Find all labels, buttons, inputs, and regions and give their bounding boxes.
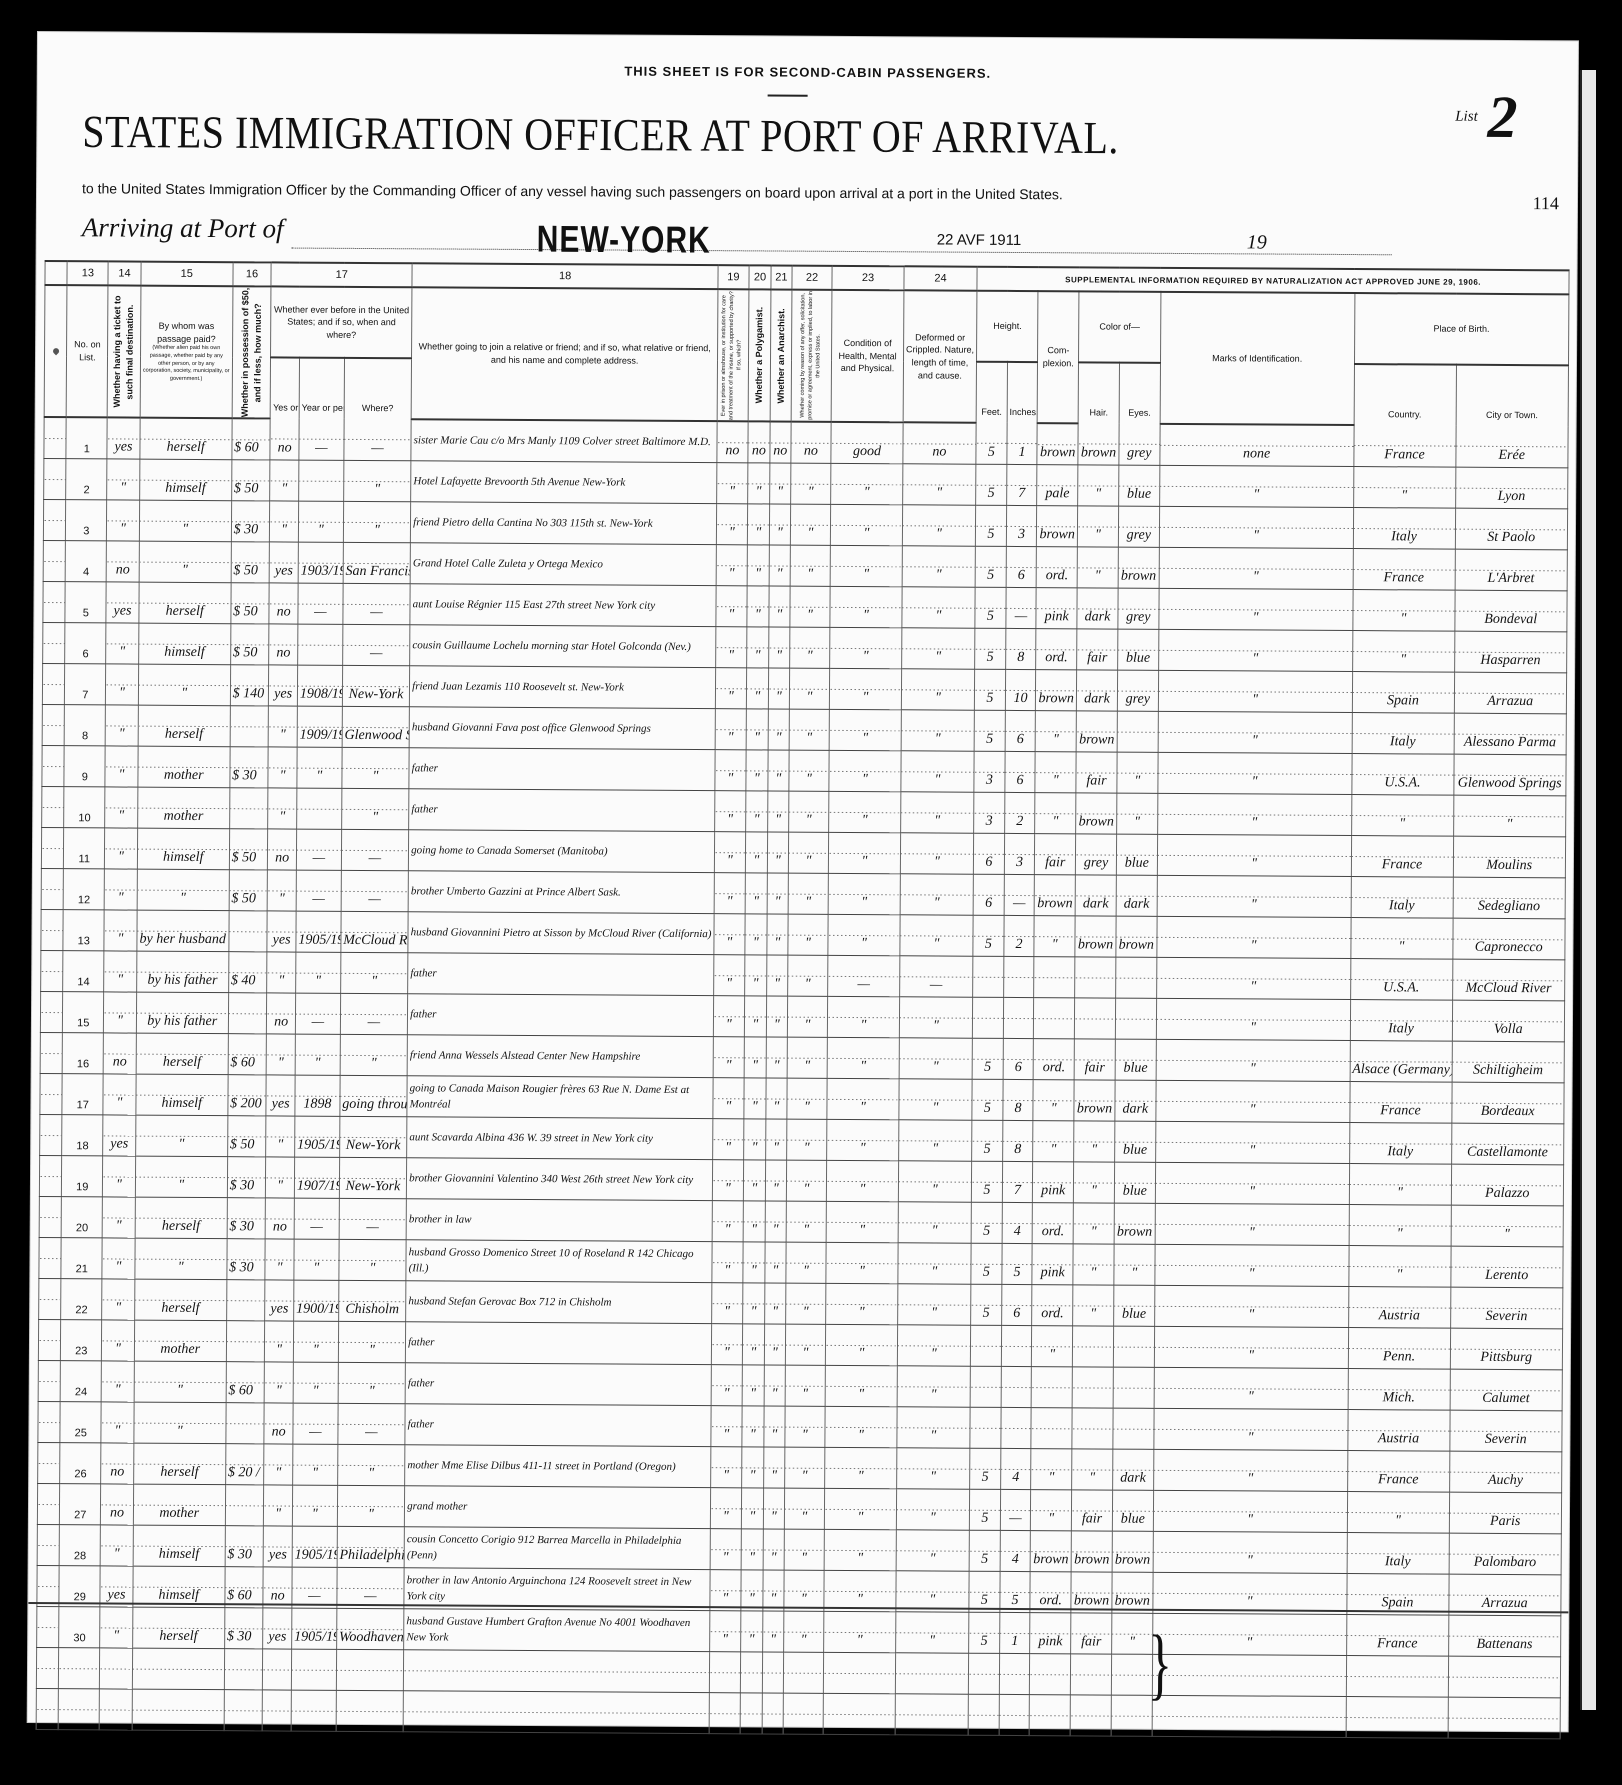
eye-color-cell: grey: [1118, 506, 1159, 547]
previously-in-us-cell: ": [269, 706, 298, 747]
height-feet-cell: 5: [971, 1284, 1002, 1325]
prison-cell: ": [714, 914, 745, 955]
hair-color-cell: fair: [1076, 752, 1117, 793]
contract-labor-cell: ": [788, 750, 829, 791]
hair-color-cell: grey: [1076, 834, 1117, 875]
complexion-cell: ": [1034, 916, 1075, 957]
birth-country-cell: Penn.: [1348, 1328, 1450, 1370]
header-polygamist-text: Whether a Polygamist.: [753, 290, 766, 420]
height-inches-cell: 6: [1003, 1038, 1034, 1079]
previously-in-us-cell: ": [264, 1444, 293, 1485]
prison-cell: ": [714, 955, 745, 996]
height-feet-cell: 5: [969, 1530, 1000, 1571]
prison-cell: ": [710, 1570, 741, 1611]
complexion-cell: brown: [1036, 670, 1077, 711]
height-inches-cell: 1: [1007, 423, 1038, 465]
identification-marks-cell: ": [1158, 752, 1352, 794]
col-number-22: 22: [792, 266, 833, 290]
previously-in-us-cell: ": [267, 952, 296, 993]
ticket-cell: no: [106, 541, 139, 582]
height-inches-cell: —: [1004, 874, 1035, 915]
polygamist-cell: no: [748, 421, 771, 463]
height-feet-cell: 5: [972, 1038, 1003, 1079]
paid-by-cell: himself: [136, 1074, 228, 1116]
birth-country-cell: Spain: [1352, 672, 1454, 714]
punch-hole-icon: [52, 347, 60, 355]
years-cell: ": [298, 501, 343, 542]
birth-country-cell: France: [1353, 425, 1455, 467]
col-number-23: 23: [832, 266, 904, 290]
contract-labor-cell: ": [790, 504, 831, 545]
hair-color-cell: brown: [1076, 793, 1117, 834]
col-number-21: 21: [771, 265, 792, 289]
relative-address-cell: sister Marie Cau c/o Mrs Manly 1109 Colv…: [411, 419, 717, 462]
manifest-rows: 1 yes herself $ 60 no — — sister Marie C…: [36, 417, 1568, 1739]
complexion-cell: ": [1035, 793, 1076, 834]
birth-country-cell: ": [1352, 590, 1454, 632]
previously-in-us-cell: yes: [266, 1075, 295, 1116]
eye-color-cell: brown: [1112, 1531, 1153, 1572]
col-number-16: 16: [233, 262, 272, 286]
where-cell: —: [343, 583, 411, 624]
relative-address-cell: brother Giovannini Valentino 340 West 26…: [407, 1158, 713, 1201]
hair-color-cell: ": [1074, 1121, 1115, 1162]
paid-by-cell: ": [135, 1156, 227, 1198]
where-cell: —: [340, 993, 408, 1034]
money-cell: $ 20 / 20 fr: [225, 1444, 264, 1485]
polygamist-cell: ": [742, 1283, 765, 1324]
birth-city-cell: Bordeaux: [1451, 1082, 1564, 1124]
birth-city-cell: Capronecco: [1452, 918, 1565, 960]
birth-city-cell: Severin: [1449, 1410, 1562, 1452]
height-inches-cell: 8: [1003, 1079, 1034, 1120]
money-cell: [229, 788, 268, 829]
height-feet-cell: 5: [976, 423, 1007, 465]
eye-color-cell: dark: [1113, 1449, 1154, 1490]
row-number: 11: [64, 828, 105, 869]
row-number: 20: [62, 1197, 103, 1238]
hair-color-cell: ": [1073, 1285, 1114, 1326]
header-prison: Ever in prison or almshouse, or institut…: [717, 289, 748, 421]
money-cell: $ 50: [231, 542, 270, 583]
ticket-cell: ": [103, 1074, 136, 1115]
polygamist-cell: ": [745, 791, 768, 832]
height-inches-cell: 8: [1005, 628, 1036, 669]
where-cell: ": [337, 1485, 405, 1526]
years-cell: 1898: [295, 1075, 340, 1116]
prison-cell: ": [715, 791, 746, 832]
deformed-cell: ": [900, 792, 974, 833]
complexion-cell: ": [1033, 1121, 1074, 1162]
money-cell: [226, 1280, 265, 1321]
birth-city-cell: Moulins: [1453, 836, 1566, 878]
height-feet-cell: [970, 1407, 1001, 1448]
header-previous-us: Whether ever before in the United States…: [271, 286, 412, 358]
deformed-cell: —: [899, 956, 973, 997]
years-cell: 1905/1907: [296, 911, 341, 952]
hair-color-cell: dark: [1075, 875, 1116, 916]
col-number-19: 19: [718, 265, 749, 289]
previously-in-us-cell: yes: [265, 1280, 294, 1321]
birth-city-cell: Lyon: [1455, 467, 1568, 509]
money-cell: $ 50: [229, 870, 268, 911]
complexion-cell: pink: [1033, 1162, 1074, 1203]
eye-color-cell: [1113, 1408, 1154, 1449]
deformed-cell: ": [896, 1571, 970, 1612]
polygamist-cell: ": [742, 1324, 765, 1365]
height-feet-cell: 5: [974, 710, 1005, 751]
height-feet-cell: 5: [972, 1120, 1003, 1161]
years-cell: ": [295, 1034, 340, 1075]
eye-color-cell: blue: [1115, 1039, 1156, 1080]
paid-by-cell: herself: [134, 1279, 226, 1321]
health-cell: ": [825, 1488, 897, 1529]
height-inches-cell: 6: [1006, 546, 1037, 587]
polygamist-cell: ": [744, 1037, 767, 1078]
page-title: STATES IMMIGRATION OFFICER AT PORT OF AR…: [82, 104, 1119, 164]
identification-marks-cell: ": [1159, 506, 1353, 548]
complexion-cell: ord.: [1036, 547, 1077, 588]
binding-hole: [38, 1320, 61, 1361]
where-cell: ": [340, 1034, 408, 1075]
deformed-cell: ": [897, 1325, 971, 1366]
supplemental-heading: SUPPLEMENTAL INFORMATION REQUIRED BY NAT…: [977, 267, 1569, 295]
deformed-cell: ": [898, 1202, 972, 1243]
where-cell: going through: [340, 1075, 408, 1116]
eye-color-cell: blue: [1115, 1121, 1156, 1162]
contract-labor-cell: ": [789, 627, 830, 668]
paid-by-cell: mother: [138, 746, 230, 788]
paid-by-cell: ": [139, 541, 231, 583]
health-cell: ": [831, 504, 903, 545]
row-number: 16: [63, 1033, 104, 1074]
birth-country-cell: Mich.: [1348, 1369, 1450, 1411]
port-name-stamp: NEW-YORK: [537, 219, 711, 263]
prison-cell: ": [716, 627, 747, 668]
identification-marks-cell: ": [1159, 465, 1353, 507]
header-contract-labor-text: Whether coming by reason of any offer, s…: [800, 291, 824, 421]
relative-address-cell: husband Stefan Gerovac Box 712 in Chisho…: [406, 1281, 712, 1324]
prison-cell: ": [717, 504, 748, 545]
relative-address-cell: friend Juan Lezamis 110 Roosevelt st. Ne…: [410, 666, 716, 709]
complexion-cell: fair: [1035, 834, 1076, 875]
birth-city-cell: Hasparren: [1454, 631, 1567, 673]
birth-country-cell: France: [1351, 836, 1453, 878]
height-inches-cell: 7: [1002, 1161, 1033, 1202]
health-cell: ": [826, 1201, 898, 1242]
birth-country-cell: Italy: [1349, 1123, 1451, 1165]
height-feet-cell: 5: [975, 669, 1006, 710]
polygamist-cell: ": [746, 627, 769, 668]
previously-in-us-cell: no: [269, 624, 298, 665]
height-feet-cell: [971, 1325, 1002, 1366]
relative-address-cell: father: [406, 1322, 712, 1365]
money-cell: $ 60: [228, 1034, 267, 1075]
relative-address-cell: friend Anna Wessels Alstead Center New H…: [407, 1035, 713, 1078]
manifest-sheet: THIS SHEET IS FOR SECOND-CABIN PASSENGER…: [28, 32, 1578, 1731]
height-feet-cell: 5: [975, 628, 1006, 669]
ticket-cell: ": [107, 500, 140, 541]
relative-address-cell: father: [408, 994, 714, 1037]
height-inches-cell: [1003, 997, 1034, 1038]
identification-marks-cell: ": [1154, 1408, 1348, 1450]
row-number: 5: [65, 582, 106, 623]
relative-address-cell: grand mother: [405, 1486, 711, 1529]
birth-city-cell: Volla: [1452, 1000, 1565, 1042]
height-inches-cell: 2: [1004, 915, 1035, 956]
header-feet: Feet.: [976, 362, 1007, 423]
eye-color-cell: grey: [1118, 588, 1159, 629]
polygamist-cell: ": [744, 1078, 767, 1119]
relative-address-cell: going home to Canada Somerset (Manitoba): [409, 830, 715, 873]
ticket-cell: ": [102, 1197, 135, 1238]
hair-color-cell: brown: [1074, 1080, 1115, 1121]
binding-hole: [45, 261, 68, 285]
health-cell: ": [829, 832, 901, 873]
money-cell: $ 50: [231, 583, 270, 624]
page-edge: [1580, 70, 1596, 1710]
relative-address-cell: going to Canada Maison Rougier frères 63…: [407, 1076, 713, 1119]
list-number: 2: [1487, 84, 1517, 150]
birth-city-cell: Palombaro: [1449, 1533, 1562, 1575]
anarchist-cell: ": [765, 1201, 786, 1242]
polygamist-cell: ": [744, 955, 767, 996]
binding-hole: [44, 459, 67, 500]
money-cell: [230, 706, 269, 747]
contract-labor-cell: ": [784, 1447, 825, 1488]
health-cell: ": [825, 1406, 897, 1447]
polygamist-cell: ": [745, 832, 768, 873]
identification-marks-cell: ": [1153, 1490, 1347, 1532]
health-cell: ": [828, 873, 900, 914]
health-cell: ": [825, 1447, 897, 1488]
row-number: 19: [62, 1156, 103, 1197]
birth-city-cell: Palazzo: [1451, 1164, 1564, 1206]
height-inches-cell: 7: [1006, 464, 1037, 505]
money-cell: [226, 1321, 265, 1362]
identification-marks-cell: ": [1157, 793, 1351, 835]
ticket-cell: ": [103, 1156, 136, 1197]
where-cell: Chisholm: [338, 1280, 406, 1321]
ticket-cell: no: [103, 1033, 136, 1074]
deformed-cell: ": [901, 710, 975, 751]
health-cell: ": [827, 1160, 899, 1201]
identification-marks-cell: ": [1157, 834, 1351, 876]
identification-marks-cell: ": [1157, 875, 1351, 917]
years-cell: ": [293, 1321, 338, 1362]
contract-labor-cell: ": [789, 668, 830, 709]
complexion-cell: [1034, 998, 1075, 1039]
birth-country-cell: ": [1352, 631, 1454, 673]
relative-address-cell: husband Grosso Domenico Street 10 of Ros…: [406, 1240, 712, 1283]
header-passage-paid: By whom was passage paid? (Whether alien…: [140, 286, 233, 419]
list-label: List: [1455, 109, 1478, 125]
height-feet-cell: 5: [972, 1161, 1003, 1202]
binding-hole: [43, 500, 66, 541]
height-feet-cell: 5: [973, 915, 1004, 956]
eye-color-cell: blue: [1119, 465, 1160, 506]
where-cell: ": [341, 788, 409, 829]
row-number: 3: [66, 500, 107, 541]
paid-by-cell: mother: [134, 1320, 226, 1362]
prison-cell: ": [716, 586, 747, 627]
binding-hole: [43, 582, 66, 623]
header-where: Where?: [344, 358, 412, 419]
years-cell: [298, 624, 343, 665]
ticket-cell: ": [105, 787, 138, 828]
money-cell: $ 40: [228, 952, 267, 993]
col-number-15: 15: [141, 262, 233, 287]
hair-color-cell: [1075, 957, 1116, 998]
years-cell: —: [298, 583, 343, 624]
hair-color-cell: brown: [1071, 1531, 1112, 1572]
port-label: Arriving at Port of: [82, 212, 284, 244]
row-number: 26: [60, 1443, 101, 1484]
eye-color-cell: brown: [1118, 547, 1159, 588]
where-cell: —: [338, 1403, 406, 1444]
anarchist-cell: ": [769, 668, 790, 709]
paid-by-cell: herself: [139, 582, 231, 624]
anarchist-cell: ": [766, 1078, 787, 1119]
complexion-cell: ": [1035, 752, 1076, 793]
relative-address-cell: father: [405, 1363, 711, 1406]
sheet-caption: THIS SHEET IS FOR SECOND-CABIN PASSENGER…: [38, 60, 1578, 84]
money-cell: [226, 1403, 265, 1444]
identification-marks-cell: none: [1160, 424, 1354, 467]
health-cell: ": [830, 627, 902, 668]
hair-color-cell: ": [1073, 1203, 1114, 1244]
previously-in-us-cell: yes: [264, 1526, 293, 1567]
eye-color-cell: grey: [1119, 424, 1160, 466]
paid-by-cell: herself: [138, 705, 230, 747]
deformed-cell: ": [899, 1079, 973, 1120]
ticket-cell: ": [102, 1279, 135, 1320]
ticket-cell: no: [101, 1484, 134, 1525]
deformed-cell: ": [896, 1530, 970, 1571]
eye-color-cell: brown: [1112, 1572, 1153, 1613]
prison-cell: ": [711, 1365, 742, 1406]
hair-color-cell: [1073, 1326, 1114, 1367]
years-cell: —: [293, 1403, 338, 1444]
header-city: City or Town.: [1456, 365, 1569, 427]
complexion-cell: pink: [1032, 1244, 1073, 1285]
prison-cell: ": [712, 1201, 743, 1242]
eye-color-cell: brown: [1116, 916, 1157, 957]
health-cell: ": [826, 1324, 898, 1365]
paid-by-cell: ": [134, 1361, 226, 1403]
header-no-on-list: No. on List.: [67, 285, 109, 417]
birth-city-cell: ": [1453, 795, 1566, 837]
identification-marks-cell: ": [1159, 547, 1353, 589]
where-cell: ": [338, 1321, 406, 1362]
polygamist-cell: ": [745, 873, 768, 914]
arrival-date-stamp: 22 AVF 1911: [937, 231, 1022, 249]
binding-hole: [37, 1484, 60, 1525]
birth-country-cell: U.S.A.: [1350, 959, 1452, 1001]
years-cell: 1907/1910: [294, 1157, 339, 1198]
hair-color-cell: ": [1074, 1162, 1115, 1203]
birth-country-cell: ": [1347, 1492, 1449, 1534]
polygamist-cell: ": [742, 1406, 765, 1447]
previously-in-us-cell: ": [264, 1485, 293, 1526]
deformed-cell: ": [900, 833, 974, 874]
contract-labor-cell: ": [786, 1201, 827, 1242]
relative-address-cell: brother Umberto Gazzini at Prince Albert…: [408, 871, 714, 914]
polygamist-cell: ": [743, 1242, 766, 1283]
health-cell: ": [827, 1078, 899, 1119]
contract-labor-cell: ": [790, 463, 831, 504]
col-number-13: 13: [67, 261, 108, 285]
eye-color-cell: dark: [1115, 1080, 1156, 1121]
anarchist-cell: ": [768, 832, 789, 873]
height-inches-cell: —: [1000, 1489, 1031, 1530]
height-inches-cell: —: [1006, 587, 1037, 628]
height-feet-cell: 5: [975, 546, 1006, 587]
header-marks: Marks of Identification.: [1160, 292, 1355, 425]
ticket-cell: yes: [107, 417, 140, 459]
hair-color-cell: [1072, 1367, 1113, 1408]
paid-by-cell: herself: [136, 1033, 228, 1075]
identification-marks-cell: ": [1156, 1080, 1350, 1122]
anarchist-cell: ": [769, 586, 790, 627]
polygamist-cell: ": [743, 1201, 766, 1242]
header-prison-text: Ever in prison or almshouse, or institut…: [721, 290, 745, 420]
complexion-cell: brown: [1037, 423, 1078, 465]
years-cell: —: [292, 1567, 337, 1608]
where-cell: ": [338, 1362, 406, 1403]
years-cell: 1905/1907: [292, 1526, 337, 1567]
row-number: 25: [60, 1402, 101, 1443]
anarchist-cell: ": [766, 1037, 787, 1078]
birth-city-cell: Sedegliano: [1453, 877, 1566, 919]
polygamist-cell: ": [745, 914, 768, 955]
polygamist-cell: ": [744, 996, 767, 1037]
binding-hole: [39, 1156, 62, 1197]
ticket-cell: ": [101, 1402, 134, 1443]
birth-country-cell: ": [1349, 1164, 1451, 1206]
eye-color-cell: ": [1117, 752, 1158, 793]
header-anarchist-text: Whether an Anarchist.: [774, 291, 787, 421]
height-inches-cell: 6: [1005, 751, 1036, 792]
ticket-cell: ": [104, 910, 137, 951]
birth-country-cell: France: [1347, 1451, 1449, 1493]
relative-address-cell: mother Mme Elise Dilbus 411-11 street in…: [405, 1445, 711, 1488]
col-number-24: 24: [904, 266, 978, 290]
contract-labor-cell: ": [785, 1242, 826, 1283]
paid-by-cell: mother: [133, 1484, 225, 1526]
polygamist-cell: ": [747, 463, 770, 504]
deformed-cell: ": [897, 1366, 971, 1407]
previously-in-us-cell: ": [268, 788, 297, 829]
paid-by-cell: herself: [135, 1197, 227, 1239]
ticket-cell: ": [105, 828, 138, 869]
header-passage-paid-title: By whom was passage paid?: [157, 321, 216, 344]
money-cell: $ 30: [230, 747, 269, 788]
money-cell: $ 200: [228, 1075, 267, 1116]
where-cell: —: [339, 1198, 407, 1239]
arrival-port-line: Arriving at Port of NEW-YORK 22 AVF 1911…: [82, 212, 1472, 260]
header-height: Height.: [977, 291, 1039, 362]
binding-hole: [41, 828, 64, 869]
complexion-cell: brown: [1030, 1531, 1071, 1572]
previously-in-us-cell: no: [264, 1403, 293, 1444]
binding-hole: [44, 417, 67, 459]
eye-color-cell: blue: [1112, 1490, 1153, 1531]
relative-address-cell: cousin Guillaume Lochelu morning star Ho…: [410, 625, 716, 668]
birth-country-cell: France: [1349, 1082, 1451, 1124]
ticket-cell: ": [107, 459, 140, 500]
anarchist-cell: ": [763, 1529, 784, 1570]
